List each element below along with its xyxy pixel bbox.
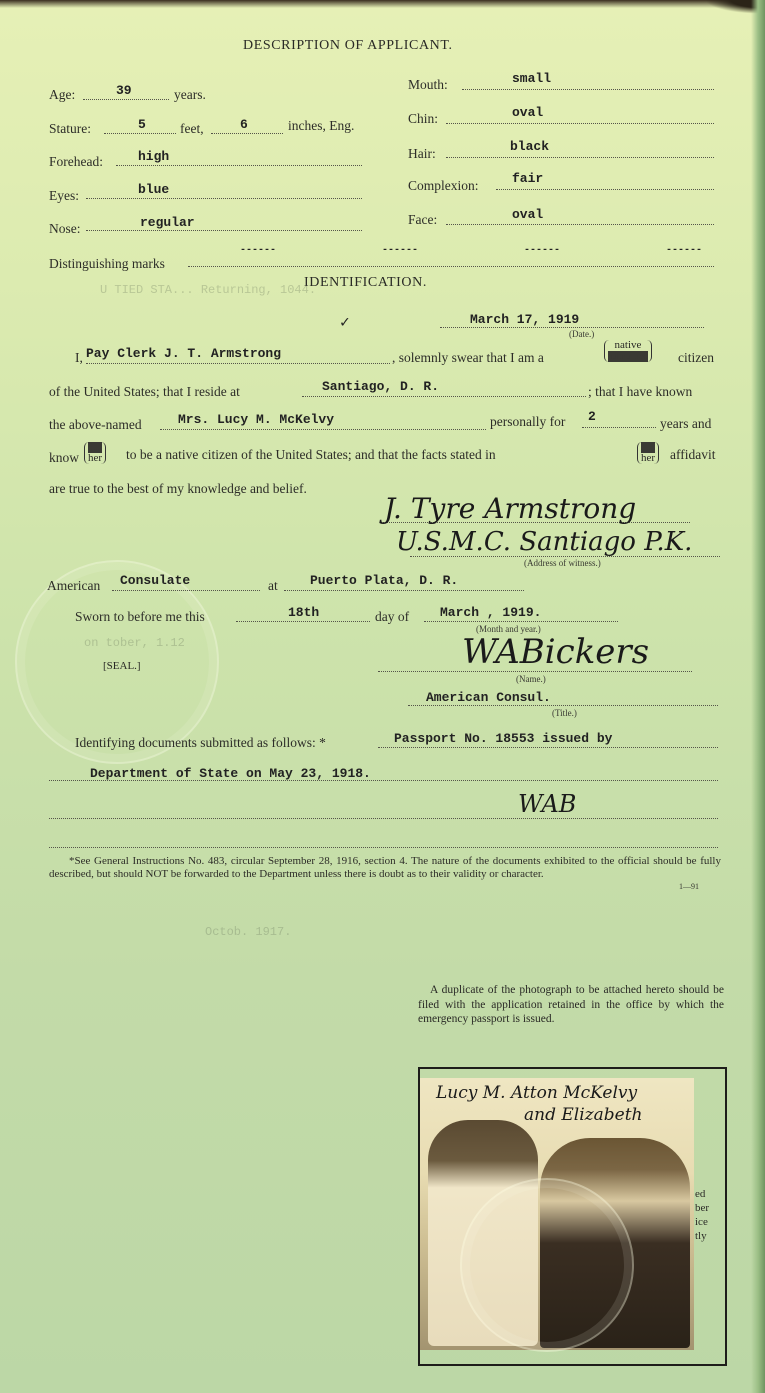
residence-line — [302, 396, 586, 397]
nose-line — [86, 230, 362, 231]
bleed-through-text: U TIED STA... Returning, 1044. — [100, 283, 316, 297]
date-line — [440, 327, 704, 328]
consulate-type-line — [112, 590, 260, 591]
eyes-value: blue — [138, 182, 169, 197]
chin-line — [446, 123, 714, 124]
forehead-line — [116, 165, 362, 166]
day-of-label: day of — [375, 609, 409, 625]
photo-handwritten-caption: Lucy M. Atton McKelvy and Elizabeth — [436, 1082, 686, 1126]
sworn-month-year: March , 1919. — [440, 605, 541, 620]
official-title: American Consul. — [426, 690, 551, 705]
sworn-month-year-line — [424, 621, 618, 622]
bleed-through-text-3: Octob. 1917. — [205, 925, 291, 939]
affidavit-label: affidavit — [670, 447, 715, 463]
citizen-option-naturalized-struck: naturalized — [608, 351, 648, 362]
check-mark: ✓ — [340, 312, 350, 332]
distinguishing-marks-label: Distinguishing marks — [49, 256, 165, 272]
mouth-value: small — [512, 71, 551, 86]
age-label: Age: — [49, 87, 75, 103]
age-line — [83, 99, 169, 100]
citizen-suffix: citizen — [678, 350, 714, 366]
stature-feet-label: feet, — [180, 121, 204, 137]
witness-name: Pay Clerk J. T. Armstrong — [86, 346, 281, 361]
complexion-line — [496, 189, 714, 190]
bleed-through-text-2: on tober, 1.12 — [84, 636, 185, 650]
chin-value: oval — [512, 105, 543, 120]
official-initials: WAB — [518, 790, 576, 818]
native-citizen-text: to be a native citizen of the United Sta… — [126, 447, 496, 463]
know-label: know — [49, 450, 79, 466]
citizen-option-native: native — [608, 340, 648, 351]
applicant-prefix: the above-named — [49, 417, 142, 433]
witness-prefix: I, — [75, 350, 83, 366]
documents-label: Identifying documents submitted as follo… — [75, 735, 326, 751]
documents-line-1 — [378, 747, 718, 748]
identification-date: March 17, 1919 — [470, 312, 579, 327]
page-top-shadow — [0, 0, 765, 8]
sworn-day-line — [236, 621, 370, 622]
stature-inches-line — [211, 133, 283, 134]
consulate-type: Consulate — [120, 573, 190, 588]
documents-value-2: Department of State on May 23, 1918. — [90, 766, 371, 781]
witness-signature: J. Tyre Armstrong — [384, 492, 636, 525]
footnote-text: *See General Instructions No. 483, circu… — [49, 855, 721, 880]
title-caption: (Title.) — [552, 708, 577, 718]
name-caption: (Name.) — [516, 674, 546, 684]
distinguishing-marks-line — [188, 266, 714, 267]
complexion-value: fair — [512, 171, 543, 186]
sworn-day: 18th — [288, 605, 319, 620]
complexion-label: Complexion: — [408, 178, 479, 194]
distinguishing-marks-value: ------ ------ ------ ------ — [240, 245, 702, 256]
consulate-location: Puerto Plata, D. R. — [310, 573, 458, 588]
obscured-text-line: tly — [695, 1229, 709, 1243]
residence-suffix: ; that I have known — [588, 384, 692, 400]
embossed-photo-seal — [460, 1178, 634, 1352]
applicant-name-line — [160, 429, 486, 430]
witness-address-signature: U.S.M.C. Santiago P.K. — [396, 527, 692, 557]
known-prefix: personally for — [490, 414, 565, 430]
residence-prefix: of the United States; that I reside at — [49, 384, 240, 400]
swear-text: , solemnly swear that I am a — [392, 350, 544, 366]
obscured-text-line: ice — [695, 1215, 709, 1229]
consulate-prefix: American — [47, 578, 100, 594]
photo-instruction-note: A duplicate of the photograph to be atta… — [418, 983, 724, 1027]
nose-label: Nose: — [49, 221, 81, 237]
hair-line — [446, 157, 714, 158]
description-section-title: DESCRIPTION OF APPLICANT. — [243, 38, 453, 54]
years-known-value: 2 — [588, 409, 596, 424]
known-suffix: years and — [660, 416, 711, 432]
obscured-text-line: ed — [695, 1187, 709, 1201]
stature-feet-line — [104, 133, 176, 134]
photo-obscured-text: ed ber ice tly — [695, 1187, 709, 1243]
obscured-text-line: ber — [695, 1201, 709, 1215]
applicant-photograph: Lucy M. Atton McKelvy and Elizabeth — [420, 1078, 694, 1350]
citizenship-bracket: nativenaturalized — [604, 340, 652, 362]
belief-statement: are true to the best of my knowledge and… — [49, 481, 307, 497]
residence-value: Santiago, D. R. — [322, 379, 439, 394]
face-label: Face: — [408, 212, 437, 228]
hair-value: black — [510, 139, 549, 154]
consulate-at-label: at — [268, 578, 278, 594]
sworn-prefix: Sworn to before me this — [75, 609, 205, 625]
page-binding-edge — [751, 0, 765, 1393]
consulate-location-line — [284, 590, 524, 591]
photo-caption-line-1: Lucy M. Atton McKelvy — [436, 1082, 686, 1104]
age-suffix: years. — [174, 87, 206, 103]
eyes-label: Eyes: — [49, 188, 79, 204]
pronoun-her: her — [88, 453, 102, 464]
stature-inches-label: inches, Eng. — [288, 118, 354, 134]
age-value: 39 — [116, 83, 132, 98]
mouth-label: Mouth: — [408, 77, 448, 93]
eyes-line — [86, 198, 362, 199]
nose-value: regular — [140, 215, 195, 230]
chin-label: Chin: — [408, 111, 438, 127]
pronoun-bracket-2: himher — [637, 442, 659, 464]
years-known-line — [582, 427, 656, 428]
forehead-label: Forehead: — [49, 154, 103, 170]
documents-line-4 — [49, 847, 718, 848]
forehead-value: high — [138, 149, 169, 164]
official-title-line — [408, 705, 718, 706]
pronoun-her-2: her — [641, 453, 655, 464]
face-line — [446, 224, 714, 225]
stature-inches-value: 6 — [240, 117, 248, 132]
seal-label: [SEAL.] — [103, 660, 141, 672]
documents-value-1: Passport No. 18553 issued by — [394, 731, 612, 746]
official-signature: WABickers — [462, 632, 649, 672]
pronoun-bracket-1: himher — [84, 442, 106, 464]
documents-line-3 — [49, 818, 718, 819]
stature-label: Stature: — [49, 121, 91, 137]
face-value: oval — [512, 207, 543, 222]
applicant-name: Mrs. Lucy M. McKelvy — [178, 412, 334, 427]
witness-address-caption: (Address of witness.) — [524, 558, 601, 568]
photo-caption-line-2: and Elizabeth — [436, 1104, 686, 1126]
date-caption: (Date.) — [569, 329, 594, 339]
form-number: 1—91 — [679, 882, 699, 891]
witness-name-line — [86, 363, 390, 364]
hair-label: Hair: — [408, 146, 436, 162]
mouth-line — [462, 89, 714, 90]
identification-section-title: IDENTIFICATION. — [304, 275, 427, 291]
stature-feet-value: 5 — [138, 117, 146, 132]
